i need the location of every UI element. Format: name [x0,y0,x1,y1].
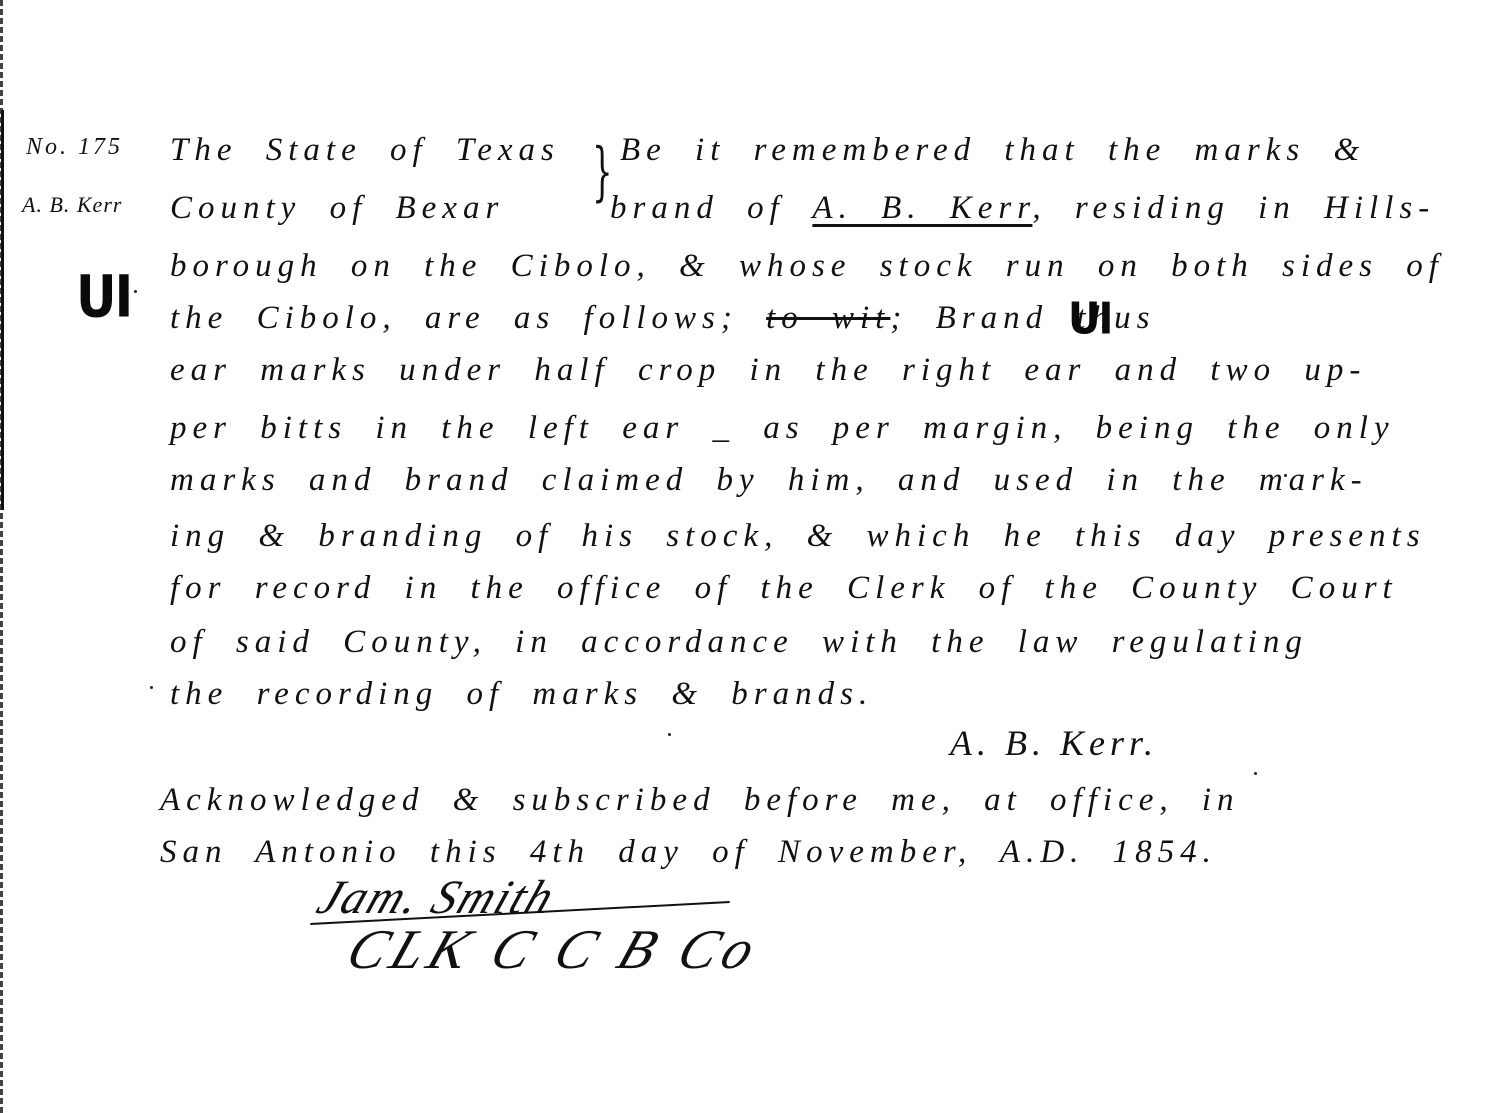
body-line-2-end: , residing in Hills- [1032,190,1435,226]
acknowledgement-line-2: San Antonio this 4th day of November, A.… [160,834,1217,871]
body-line-4-start: the Cibolo, are as follows; [170,300,766,336]
struck-text: to wit [766,300,890,336]
body-line-7: marks and brand claimed by him, and used… [170,462,1368,499]
scan-edge-shadow [1,110,4,510]
body-line-4-end: ; Brand thus [890,300,1155,336]
owner-name-underlined: A. B. Kerr [812,190,1032,226]
body-line-2-start: brand of [610,190,812,226]
body-line-2: brand of A. B. Kerr, residing in Hills- [610,190,1435,227]
record-number: No. 175 [26,134,123,161]
body-line-4: the Cibolo, are as follows; to wit; Bran… [170,300,1155,337]
margin-brand-mark: UΙ [76,264,131,331]
margin-owner-name: A. B. Kerr [22,192,122,218]
heading-county: County of Bexar [170,190,504,227]
clerk-title: CLK C C B Co [338,918,769,982]
scan-speck [150,686,153,689]
heading-state: The State of Texas [170,132,560,169]
body-line-9: for record in the office of the Clerk of… [170,570,1398,607]
clerk-signature: Jam. Smith CLK C C B Co [310,870,730,980]
scan-speck [1284,474,1287,477]
acknowledgement-line-1: Acknowledged & subscribed before me, at … [160,782,1240,819]
scan-speck [668,733,671,736]
body-line-6: per bitts in the left ear _ as per margi… [170,410,1395,447]
owner-signature: A. B. Kerr. [950,722,1158,764]
body-line-5: ear marks under half crop in the right e… [170,352,1366,389]
inline-brand-mark: UΙ [1068,294,1111,345]
body-line-1: Be it remembered that the marks & [620,132,1365,169]
body-line-11: the recording of marks & brands. [170,676,873,713]
scan-speck [1254,772,1257,775]
body-line-3: borough on the Cibolo, & whose stock run… [170,248,1444,285]
scan-speck [134,290,137,293]
body-line-8: ing & branding of his stock, & which he … [170,518,1426,555]
body-line-10: of said County, in accordance with the l… [170,624,1308,661]
